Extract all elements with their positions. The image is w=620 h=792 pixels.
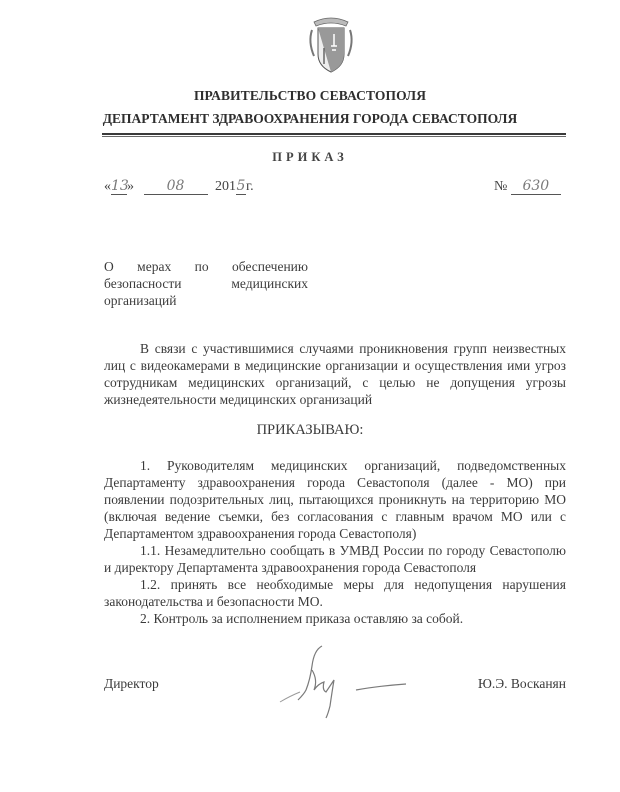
subject-word: обеспечению	[232, 258, 308, 275]
department-title: ДЕПАРТАМЕНТ ЗДРАВООХРАНЕНИЯ ГОРОДА СЕВАС…	[0, 111, 620, 127]
subject-word: по	[195, 258, 209, 275]
number-label: №	[494, 179, 507, 194]
preamble: В связи с участившимися случаями проникн…	[104, 340, 566, 408]
date-year-unit: г.	[246, 179, 254, 194]
coat-of-arms-icon	[306, 12, 356, 76]
header-divider	[102, 133, 566, 137]
order-item-1-1: 1.1. Незамедлительно сообщать в УМВД Рос…	[104, 542, 566, 576]
preamble-text: В связи с участившимися случаями проникн…	[104, 340, 566, 408]
order-date: «13» 08 2015г.	[104, 178, 254, 195]
subject-word: безопасности	[104, 275, 182, 292]
subject-word: мерах	[137, 258, 171, 275]
date-quote-open: «	[104, 179, 111, 194]
date-quote-close: »	[127, 179, 134, 194]
government-title: ПРАВИТЕЛЬСТВО СЕВАСТОПОЛЯ	[0, 88, 620, 104]
order-heading: ПРИКАЗЫВАЮ:	[0, 422, 620, 439]
signer-title: Директор	[104, 676, 159, 692]
subject-word: медицинских	[231, 275, 308, 292]
date-day: 13	[111, 178, 127, 195]
order-items: 1. Руководителям медицинских организаций…	[104, 457, 566, 627]
order-subject: О мерах по обеспечению безопасности меди…	[104, 258, 308, 309]
date-month: 08	[144, 178, 208, 195]
subject-line: организаций	[104, 292, 308, 309]
order-item-1-2: 1.2. принять все необходимые меры для не…	[104, 576, 566, 610]
order-item-2: 2. Контроль за исполнением приказа остав…	[104, 610, 566, 627]
number-value: 630	[511, 178, 561, 195]
signer-name: Ю.Э. Восканян	[478, 676, 566, 692]
handwritten-signature-icon	[278, 640, 418, 720]
order-number: № 630	[494, 178, 561, 195]
document-type: ПРИКАЗ	[0, 150, 620, 165]
subject-word: О	[104, 258, 114, 275]
order-item-1: 1. Руководителям медицинских организаций…	[104, 457, 566, 542]
date-year-suffix: 5	[236, 178, 246, 195]
date-year-prefix: 201	[215, 179, 236, 194]
